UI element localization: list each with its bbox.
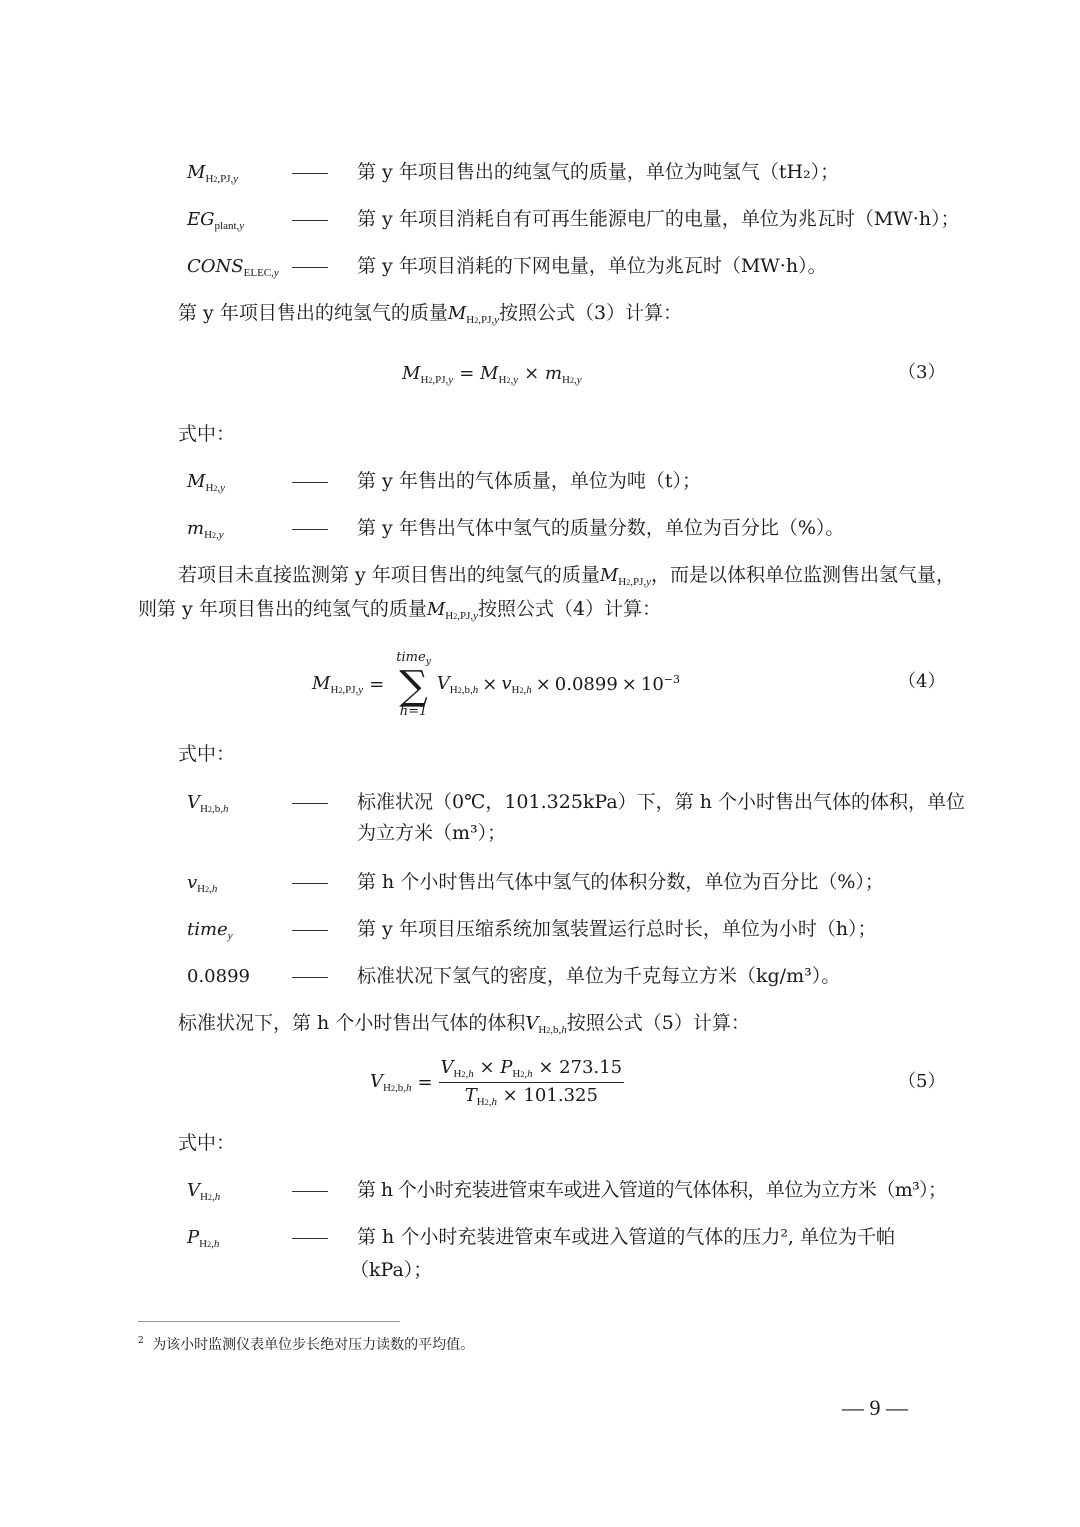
symbol-density: 0.0899 — [187, 966, 250, 987]
definition-row: 0.0899 — [187, 963, 250, 990]
definition-dash — [292, 206, 328, 232]
symbol-M-H2-PJ-y: MH2,PJ,y — [427, 599, 478, 620]
symbol-V-H2-h: VH2,h — [187, 1180, 220, 1201]
definition-text: 标准状况（0℃，101.325kPa）下，第 h 个小时售出气体的体积，单位 — [357, 789, 965, 815]
definition-text: 第 y 年项目消耗自有可再生能源电厂的电量，单位为兆瓦时（MW·h）； — [357, 206, 960, 232]
paragraph-text: 标准状况下，第 h 个小时售出气体的体积 — [178, 1012, 525, 1034]
paragraph-text: 第 y 年项目售出的纯氢气的质量 — [178, 302, 448, 324]
definition-row: CONSELEC,y — [187, 253, 279, 286]
definition-row: vH2,h — [187, 869, 217, 903]
definition-dash — [292, 253, 328, 279]
symbol-P-H2-h: PH2,h — [187, 1227, 219, 1248]
equation-4: MH2,PJ,y = timey ∑ h=1 VH2,b,h × vH2,h ×… — [312, 644, 680, 724]
definition-dash — [292, 916, 328, 942]
definition-text: 第 y 年项目消耗的下网电量，单位为兆瓦时（MW·h）。 — [357, 253, 827, 279]
density-constant: 0.0899 — [555, 674, 618, 695]
symbol-m-H2-y: mH2,y — [187, 518, 224, 539]
paragraph-text: 则第 y 年项目售出的纯氢气的质量 — [138, 598, 427, 620]
definition-row: VH2,b,h — [187, 789, 228, 823]
symbol-time-y: timey — [187, 919, 233, 940]
symbol-V-H2-b-h: VH2,b,h — [187, 792, 228, 813]
definition-dash — [292, 869, 328, 895]
equation-5: VH2,b,h = VH2,h × PH2,h × 273.15 TH2,h ×… — [370, 1050, 624, 1114]
paragraph-text: 按照公式（5）计算： — [567, 1012, 750, 1034]
definition-text: 第 y 年项目售出的纯氢气的质量，单位为吨氢气（tH₂）； — [357, 159, 839, 185]
definition-text: 第 h 个小时售出气体中氢气的体积分数，单位为百分比（%）； — [357, 869, 884, 895]
page-number: — 9 — — [842, 1395, 908, 1421]
definition-row: mH2,y — [187, 515, 224, 549]
equation-number: （5） — [898, 1069, 945, 1095]
symbol-M-H2-PJ-y: MH2,PJ,y — [448, 303, 499, 324]
definition-text: 第 y 年售出的气体质量，单位为吨（t）； — [357, 468, 701, 494]
symbol-V-H2-b-h: VH2,b,h — [525, 1013, 566, 1034]
paragraph: 则第 y 年项目售出的纯氢气的质量MH2,PJ,y按照公式（4）计算： — [138, 596, 661, 630]
symbol-v-H2-h: vH2,h — [187, 872, 217, 893]
definition-row: timey — [187, 916, 233, 949]
paragraph-text: 若项目未直接监测第 y 年项目售出的纯氢气的质量 — [178, 564, 600, 586]
paragraph-text: 按照公式（3）计算： — [499, 302, 682, 324]
definition-text: 第 y 年项目压缩系统加氢装置运行总时长，单位为小时（h）； — [357, 916, 877, 942]
definition-row: VH2,h — [187, 1177, 220, 1211]
paragraph-text: 按照公式（4）计算： — [478, 598, 661, 620]
definition-row: PH2,h — [187, 1224, 219, 1258]
definition-text: 第 h 个小时充装进管束车或进入管道的气体的压力², 单位为千帕 — [357, 1224, 895, 1250]
symbol-CONS-ELEC-y: CONSELEC,y — [187, 256, 279, 277]
paragraph: 若项目未直接监测第 y 年项目售出的纯氢气的质量MH2,PJ,y，而是以体积单位… — [178, 562, 955, 596]
definition-dash — [292, 468, 328, 494]
summation-icon: timey ∑ h=1 — [396, 651, 431, 718]
definition-dash — [292, 789, 328, 815]
where-label: 式中： — [178, 421, 235, 447]
paragraph: 第 y 年项目售出的纯氢气的质量MH2,PJ,y按照公式（3）计算： — [178, 300, 682, 334]
definition-text: 标准状况下氢气的密度，单位为千克每立方米（kg/m³）。 — [357, 963, 840, 989]
symbol-M-H2-PJ-y: MH2,PJ,y — [187, 162, 238, 183]
definition-row: MH2,PJ,y — [187, 159, 238, 193]
symbol-EG-plant-y: EGplant,y — [187, 209, 244, 230]
fraction: VH2,h × PH2,h × 273.15 TH2,h × 101.325 — [439, 1057, 625, 1108]
definition-row: MH2,y — [187, 468, 225, 502]
definition-text-continued: （kPa）； — [350, 1257, 432, 1283]
definition-dash — [292, 1177, 328, 1203]
where-label: 式中： — [178, 1130, 235, 1156]
footnote-divider — [138, 1321, 400, 1322]
paragraph-text: ，而是以体积单位监测售出氢气量， — [651, 564, 955, 586]
equation-number: （3） — [898, 360, 945, 386]
definition-text: 第 y 年售出气体中氢气的质量分数，单位为百分比（%）。 — [357, 515, 844, 541]
footnote-marker: 2 — [138, 1336, 144, 1346]
definition-dash — [292, 159, 328, 185]
definition-text: 第 h 个小时充装进管束车或进入管道的气体体积，单位为立方米（m³）； — [357, 1177, 946, 1203]
footnote-text: 为该小时监测仪表单位步长绝对压力读数的平均值。 — [152, 1337, 474, 1353]
definition-dash — [292, 515, 328, 541]
definition-dash — [292, 1224, 328, 1250]
equation-number: （4） — [898, 669, 945, 695]
equation-3: MH2,PJ,y = MH2,y × mH2,y — [402, 360, 582, 394]
footnote: 2 为该小时监测仪表单位步长绝对压力读数的平均值。 — [138, 1334, 474, 1354]
paragraph: 标准状况下，第 h 个小时售出气体的体积VH2,b,h按照公式（5）计算： — [178, 1010, 750, 1044]
definition-dash — [292, 963, 328, 989]
definition-text-continued: 为立方米（m³）； — [357, 820, 506, 846]
definition-row: EGplant,y — [187, 206, 244, 239]
symbol-M-H2-PJ-y: MH2,PJ,y — [600, 565, 651, 586]
symbol-M-H2-y: MH2,y — [187, 471, 225, 492]
where-label: 式中： — [178, 741, 235, 767]
